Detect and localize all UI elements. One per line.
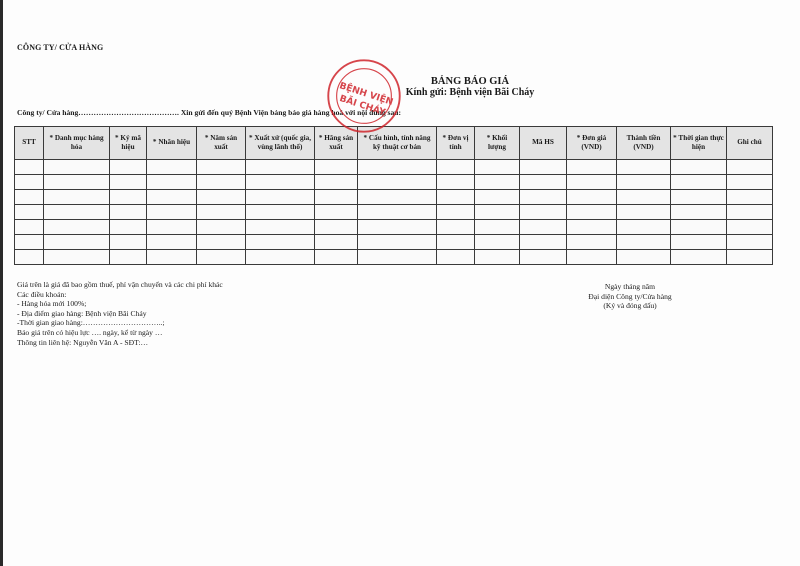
- table-cell[interactable]: [315, 250, 358, 265]
- table-cell[interactable]: [727, 250, 773, 265]
- table-cell[interactable]: [197, 220, 246, 235]
- table-row: [15, 250, 773, 265]
- table-cell[interactable]: [617, 235, 671, 250]
- note-line: - Hàng hóa mới 100%;: [17, 299, 223, 309]
- table-cell[interactable]: [147, 175, 197, 190]
- note-line: - Địa điểm giao hàng: Bệnh viện Bãi Cháy: [17, 309, 223, 319]
- table-row: [15, 205, 773, 220]
- table-cell[interactable]: [246, 175, 315, 190]
- table-header-row: STT* Danh mục hàng hóa* Ký mã hiệu* Nhãn…: [15, 127, 773, 160]
- table-cell[interactable]: [44, 205, 110, 220]
- note-line: Giá trên là giá đã bao gồm thuế, phí vận…: [17, 280, 223, 290]
- table-cell[interactable]: [110, 190, 147, 205]
- table-cell[interactable]: [520, 205, 567, 220]
- column-header: * Cấu hình, tính năng kỹ thuật cơ bản: [358, 127, 437, 160]
- table-cell[interactable]: [475, 175, 520, 190]
- table-cell[interactable]: [44, 190, 110, 205]
- document-title: BẢNG BÁO GIÁ: [0, 76, 800, 87]
- table-cell[interactable]: [358, 175, 437, 190]
- table-cell[interactable]: [44, 235, 110, 250]
- table-cell[interactable]: [147, 235, 197, 250]
- table-cell[interactable]: [315, 190, 358, 205]
- table-row: [15, 220, 773, 235]
- table-cell[interactable]: [246, 190, 315, 205]
- table-cell[interactable]: [567, 160, 617, 175]
- column-header: * Danh mục hàng hóa: [44, 127, 110, 160]
- table-cell[interactable]: [358, 250, 437, 265]
- column-header: * Năm sản xuất: [197, 127, 246, 160]
- note-line: Thông tin liên hệ: Nguyễn Văn A - SĐT:…: [17, 338, 223, 348]
- table-cell[interactable]: [315, 175, 358, 190]
- signature-block: Ngày tháng năm Đại diện Công ty/Cửa hàng…: [585, 282, 675, 311]
- column-header: * Đơn vị tính: [437, 127, 475, 160]
- table-cell[interactable]: [44, 160, 110, 175]
- table-cell[interactable]: [520, 175, 567, 190]
- table-cell[interactable]: [358, 235, 437, 250]
- table-cell[interactable]: [246, 160, 315, 175]
- table-cell[interactable]: [110, 205, 147, 220]
- table-cell[interactable]: [567, 205, 617, 220]
- table-cell[interactable]: [475, 205, 520, 220]
- column-header: * Khối lượng: [475, 127, 520, 160]
- table-cell[interactable]: [44, 175, 110, 190]
- table-cell[interactable]: [197, 205, 246, 220]
- table-cell[interactable]: [617, 160, 671, 175]
- table-cell[interactable]: [671, 190, 727, 205]
- column-header: * Xuất xứ (quốc gia, vùng lãnh thổ): [246, 127, 315, 160]
- table-cell[interactable]: [475, 190, 520, 205]
- table-cell[interactable]: [110, 250, 147, 265]
- table-cell[interactable]: [15, 190, 44, 205]
- column-header: * Nhãn hiệu: [147, 127, 197, 160]
- table-cell[interactable]: [15, 250, 44, 265]
- table-cell[interactable]: [197, 190, 246, 205]
- table-cell[interactable]: [437, 190, 475, 205]
- table-cell[interactable]: [520, 220, 567, 235]
- table-cell[interactable]: [671, 160, 727, 175]
- table-row: [15, 160, 773, 175]
- table-cell[interactable]: [617, 250, 671, 265]
- table-cell[interactable]: [475, 250, 520, 265]
- table-cell[interactable]: [15, 205, 44, 220]
- table-cell[interactable]: [358, 190, 437, 205]
- column-header: * Thời gian thực hiện: [671, 127, 727, 160]
- table-cell[interactable]: [358, 205, 437, 220]
- table-cell[interactable]: [110, 220, 147, 235]
- column-header: Thành tiền (VND): [617, 127, 671, 160]
- note-line: Báo giá trên có hiệu lực …. ngày, kể từ …: [17, 328, 223, 338]
- table-cell[interactable]: [567, 190, 617, 205]
- table-cell[interactable]: [15, 235, 44, 250]
- table-cell[interactable]: [197, 175, 246, 190]
- table-cell[interactable]: [520, 190, 567, 205]
- table-cell[interactable]: [671, 250, 727, 265]
- table-cell[interactable]: [147, 220, 197, 235]
- table-cell[interactable]: [315, 205, 358, 220]
- table-cell[interactable]: [475, 235, 520, 250]
- table-cell[interactable]: [727, 160, 773, 175]
- table-cell[interactable]: [147, 205, 197, 220]
- table-cell[interactable]: [437, 235, 475, 250]
- intro-line: Công ty/ Cửa hàng…………………………………. Xin gửi …: [17, 108, 401, 117]
- table-cell[interactable]: [197, 250, 246, 265]
- terms-notes: Giá trên là giá đã bao gồm thuế, phí vận…: [17, 280, 223, 347]
- table-body: [15, 160, 773, 265]
- table-cell[interactable]: [246, 205, 315, 220]
- column-header: Mã HS: [520, 127, 567, 160]
- company-label: CÔNG TY/ CỬA HÀNG: [17, 43, 103, 52]
- table-cell[interactable]: [147, 160, 197, 175]
- table-cell[interactable]: [110, 160, 147, 175]
- table-cell[interactable]: [358, 220, 437, 235]
- table-cell[interactable]: [520, 250, 567, 265]
- table-cell[interactable]: [617, 175, 671, 190]
- table-cell[interactable]: [671, 235, 727, 250]
- table-cell[interactable]: [15, 220, 44, 235]
- table-cell[interactable]: [437, 250, 475, 265]
- table-cell[interactable]: [110, 235, 147, 250]
- table-cell[interactable]: [246, 250, 315, 265]
- column-header: STT: [15, 127, 44, 160]
- column-header: * Đơn giá (VND): [567, 127, 617, 160]
- column-header: Ghi chú: [727, 127, 773, 160]
- table-cell[interactable]: [437, 220, 475, 235]
- table-cell[interactable]: [15, 175, 44, 190]
- table-cell[interactable]: [727, 235, 773, 250]
- table-cell[interactable]: [567, 220, 617, 235]
- table-row: [15, 235, 773, 250]
- table-cell[interactable]: [197, 235, 246, 250]
- table-cell[interactable]: [315, 235, 358, 250]
- table-cell[interactable]: [437, 205, 475, 220]
- table-row: [15, 190, 773, 205]
- table-cell[interactable]: [567, 250, 617, 265]
- table-cell[interactable]: [315, 160, 358, 175]
- table-cell[interactable]: [437, 175, 475, 190]
- signature-representative: Đại diện Công ty/Cửa hàng: [585, 292, 675, 302]
- table-cell[interactable]: [617, 220, 671, 235]
- table-cell[interactable]: [358, 160, 437, 175]
- table-cell[interactable]: [437, 160, 475, 175]
- table-cell[interactable]: [727, 205, 773, 220]
- table-cell[interactable]: [671, 220, 727, 235]
- table-cell[interactable]: [520, 160, 567, 175]
- table-cell[interactable]: [315, 220, 358, 235]
- signature-note: (Ký và đóng dấu): [585, 301, 675, 311]
- table-cell[interactable]: [727, 175, 773, 190]
- table-cell[interactable]: [15, 160, 44, 175]
- table-cell[interactable]: [617, 205, 671, 220]
- table-cell[interactable]: [520, 235, 567, 250]
- document-recipient: Kính gửi: Bệnh viện Bãi Cháy: [0, 87, 800, 98]
- table-cell[interactable]: [567, 175, 617, 190]
- note-line: -Thời gian giao hàng:…………………………..;: [17, 318, 223, 328]
- table-cell[interactable]: [567, 235, 617, 250]
- table-cell[interactable]: [727, 220, 773, 235]
- quotation-table: STT* Danh mục hàng hóa* Ký mã hiệu* Nhãn…: [14, 126, 773, 265]
- table-cell[interactable]: [44, 220, 110, 235]
- table-cell[interactable]: [147, 190, 197, 205]
- table-row: [15, 175, 773, 190]
- column-header: * Hãng sản xuất: [315, 127, 358, 160]
- table-cell[interactable]: [246, 220, 315, 235]
- table-cell[interactable]: [727, 190, 773, 205]
- note-line: Các điều khoản:: [17, 290, 223, 300]
- table-cell[interactable]: [197, 160, 246, 175]
- column-header: * Ký mã hiệu: [110, 127, 147, 160]
- table-cell[interactable]: [44, 250, 110, 265]
- table-cell[interactable]: [617, 190, 671, 205]
- table-cell[interactable]: [110, 175, 147, 190]
- table-cell[interactable]: [671, 175, 727, 190]
- table-cell[interactable]: [671, 205, 727, 220]
- table-cell[interactable]: [246, 235, 315, 250]
- table-cell[interactable]: [475, 160, 520, 175]
- table-cell[interactable]: [475, 220, 520, 235]
- table-cell[interactable]: [147, 250, 197, 265]
- signature-date: Ngày tháng năm: [585, 282, 675, 292]
